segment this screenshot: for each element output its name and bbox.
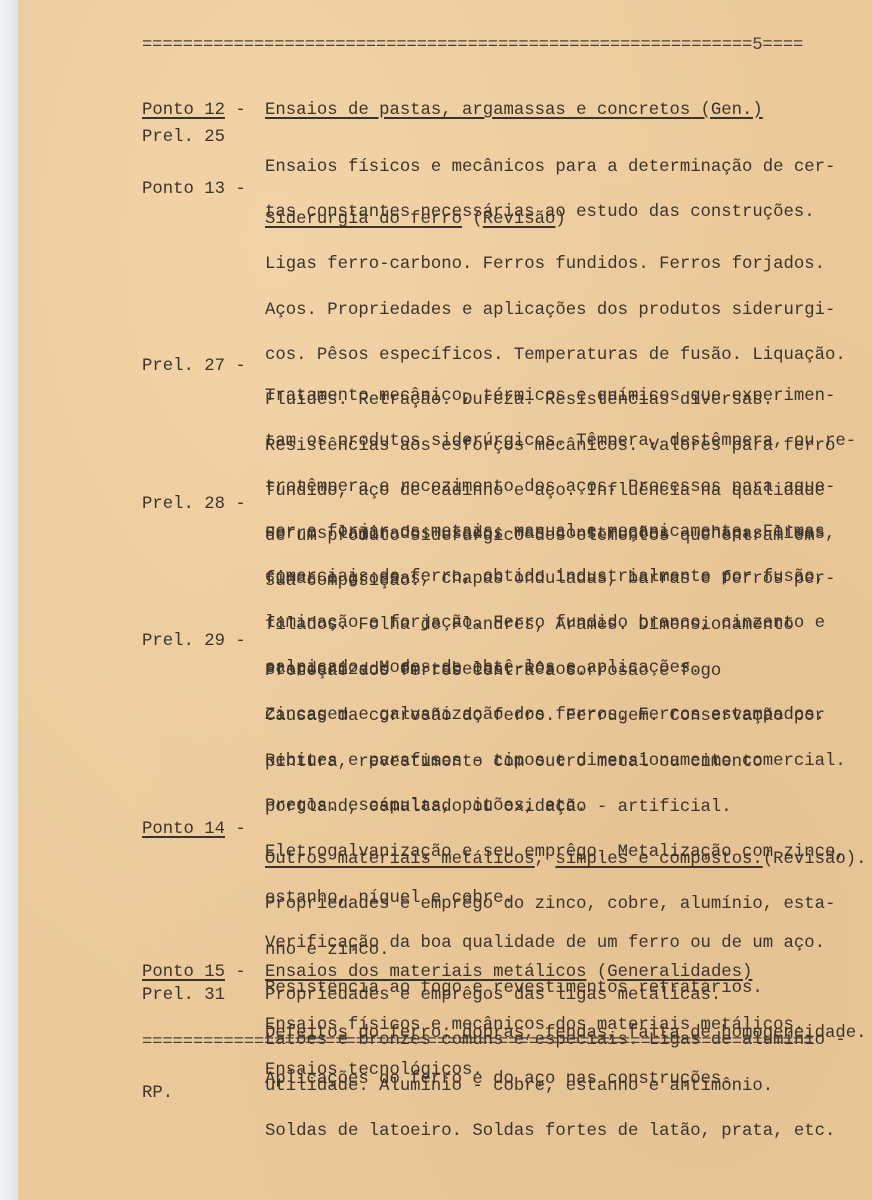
body-line: Tratamento mecânico, térmicos e químicos… bbox=[265, 389, 856, 404]
section-label: Ponto 13 - bbox=[142, 182, 265, 198]
body-line: Ligas ferro-carbono. Ferros fundidos. Fe… bbox=[265, 257, 846, 272]
body-line: pintura, revestimento com outro metal ou… bbox=[265, 755, 867, 770]
body-line: Ensaios físicos e mecânicos dos materiai… bbox=[265, 1018, 842, 1033]
section-label: Ponto 14 - bbox=[142, 822, 265, 838]
prel-label: Prel. 29 bbox=[142, 632, 225, 651]
body-line: Ferros laminados usados nas construções … bbox=[265, 527, 846, 542]
section-label: Prel. 27 - bbox=[142, 359, 265, 375]
prel-label: Prel. 27 bbox=[142, 357, 225, 376]
body-line: Propriedades e emprêgo do zinco, cobre, … bbox=[265, 897, 867, 912]
body-line: Causas da corrosão do ferro. Ferrugem. C… bbox=[265, 709, 867, 724]
section-title: Siderurgia do ferro (Revisão) bbox=[265, 212, 846, 227]
ponto-label: Ponto 13 bbox=[142, 180, 225, 199]
top-separator-with-page-number: ========================================… bbox=[142, 38, 803, 54]
body-line: Ensaios tecnológicos. bbox=[265, 1063, 842, 1078]
body-line: Aços. Propriedades e aplicações dos prod… bbox=[265, 303, 846, 318]
section-title: Outros materiais metálicos, simples e co… bbox=[265, 852, 867, 867]
section-label: Prel. 31 bbox=[142, 988, 265, 1004]
section-label: Prel. 28 - bbox=[142, 497, 265, 513]
prel-label: Prel. 28 bbox=[142, 495, 225, 514]
scan-margin-strip bbox=[0, 0, 18, 1200]
author-initials: RP. bbox=[142, 1086, 173, 1102]
body-line: Proteção dos ferros contra a corrosão e … bbox=[265, 664, 867, 679]
prel-label: Prel. 31 bbox=[142, 986, 225, 1005]
body-line: tam os produtos siderúrgicos. Têmpera, d… bbox=[265, 434, 856, 449]
ponto-label: Ponto 14 bbox=[142, 820, 225, 839]
section-label: Prel. 29 - bbox=[142, 634, 265, 650]
bottom-separator: ========================================… bbox=[142, 1035, 813, 1051]
body-line: finas e grossas, chapas onduladas, barra… bbox=[265, 572, 846, 587]
